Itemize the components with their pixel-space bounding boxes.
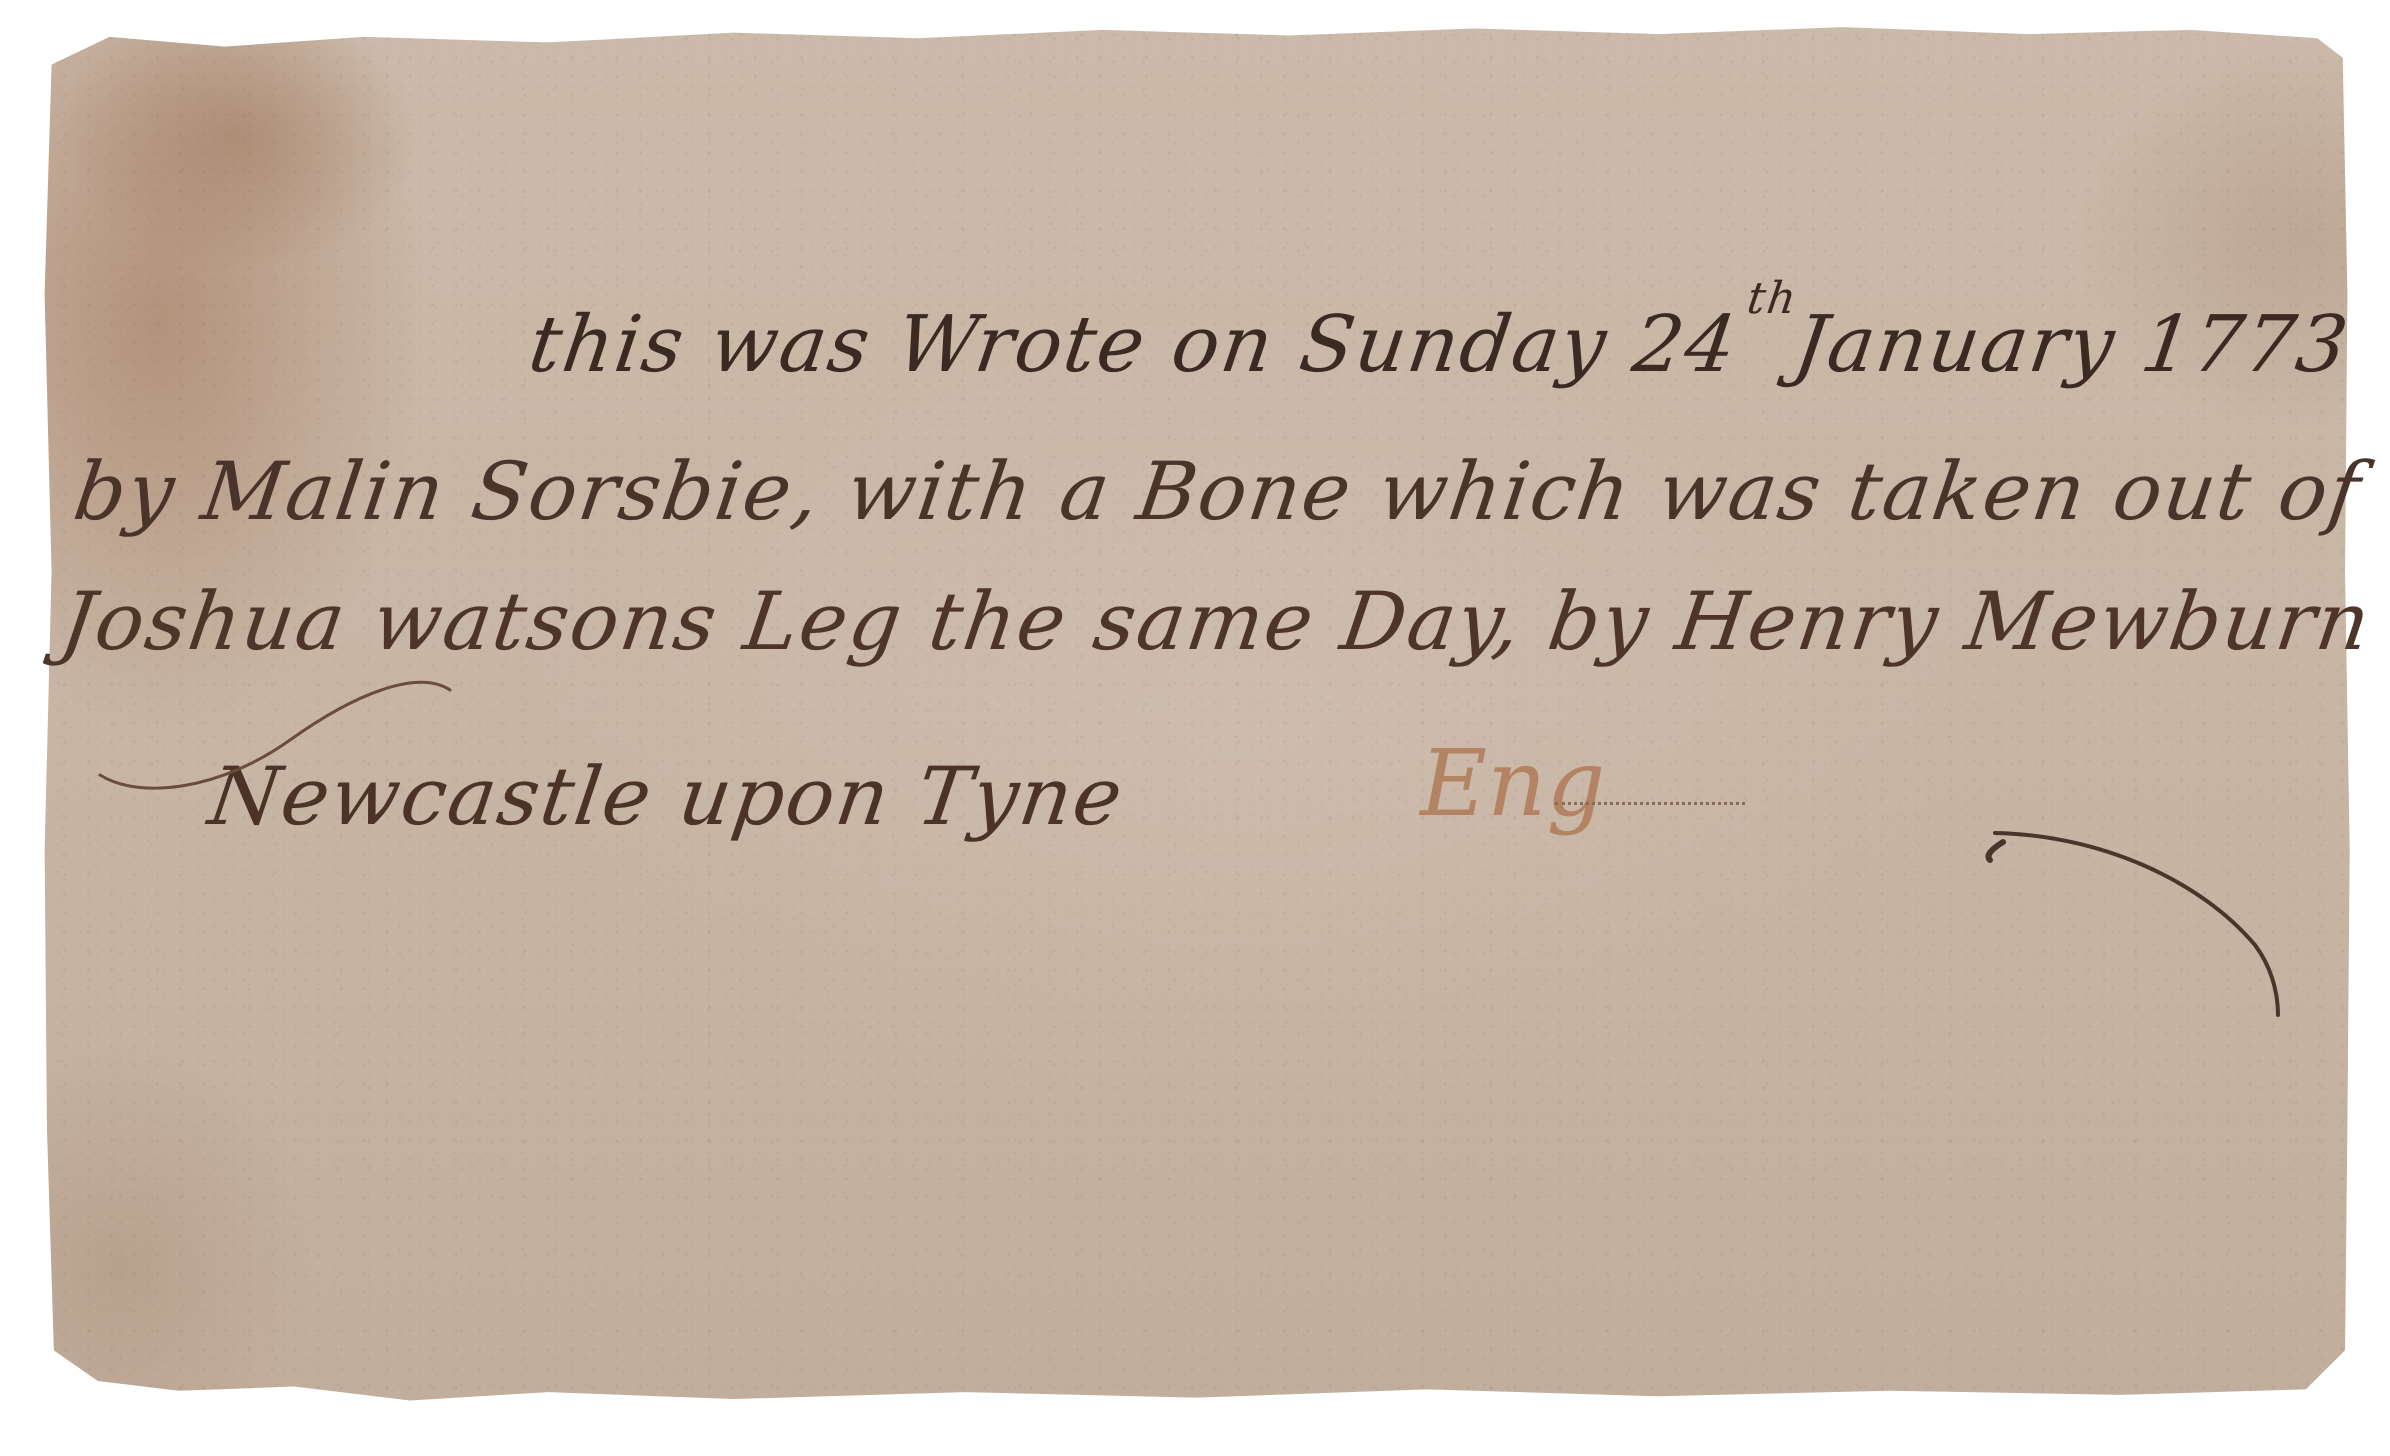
- line-4-place: Newcastle upon Tyne: [203, 750, 1129, 843]
- page: this was Wrote on Sunday 24thJanuary 177…: [0, 0, 2390, 1456]
- line-1-text: this was Wrote on Sunday 24: [524, 300, 1744, 390]
- dotted-rule: [1555, 802, 1745, 805]
- line-1-date: January 1773: [1789, 300, 2355, 390]
- line-2: by Malin Sorsbie, with a Bone which was …: [68, 445, 2367, 538]
- line-3: Joshua watsons Leg the same Day, by Henr…: [55, 575, 2377, 668]
- line-1: this was Wrote on Sunday 24thJanuary 177…: [524, 300, 2355, 390]
- line-1-superscript: th: [1744, 273, 1801, 324]
- manuscript-paper: [40, 16, 2352, 1406]
- annotation-eng: Eng: [1420, 730, 1605, 837]
